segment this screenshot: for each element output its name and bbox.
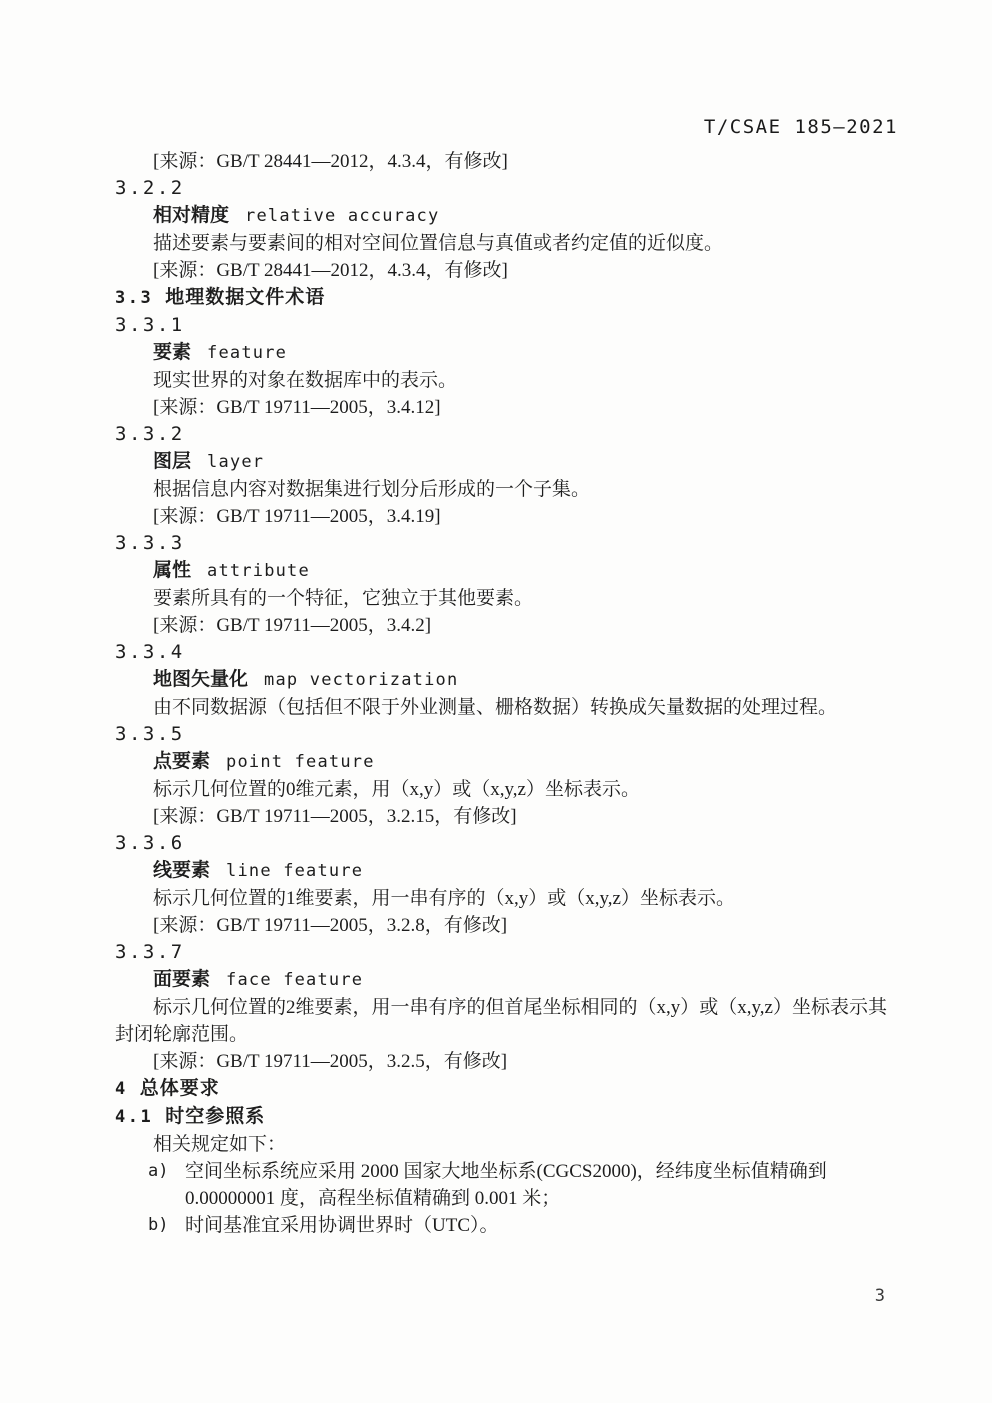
term-entry-3-3-1: 3.3.1 要素feature 现实世界的对象在数据库中的表示。 [来源：GB/… [115,312,902,421]
term-heading: 图层layer [115,448,902,476]
section-4-heading: 4总体要求 [115,1075,902,1103]
list-text: 空间坐标系统应采用 2000 国家大地坐标系(CGCS2000)，经纬度坐标值精… [185,1158,902,1212]
term-entry-3-2-2: 3.2.2 相对精度relative accuracy 描述要素与要素间的相对空… [115,175,902,284]
term-name-en: map vectorization [264,670,458,690]
term-heading: 属性attribute [115,557,902,585]
document-page: T/CSAE 185—2021 [来源：GB/T 28441—2012，4.3.… [0,0,992,1403]
term-source: [来源：GB/T 28441—2012，4.3.4，有修改] [115,257,902,284]
term-entry-3-3-7: 3.3.7 面要素face feature 标示几何位置的2维要素，用一串有序的… [115,939,902,1075]
section-number: 4.1 [115,1107,153,1127]
term-entry-3-3-6: 3.3.6 线要素line feature 标示几何位置的1维要素，用一串有序的… [115,830,902,939]
term-name-en: feature [207,343,287,363]
term-name-en: face feature [226,970,363,990]
term-name-cn: 点要素 [153,751,210,772]
list-label: a) [148,1158,185,1212]
term-definition: 根据信息内容对数据集进行划分后形成的一个子集。 [115,476,902,503]
term-entry-3-3-2: 3.3.2 图层layer 根据信息内容对数据集进行划分后形成的一个子集。 [来… [115,421,902,530]
term-name-cn: 图层 [153,451,191,472]
term-name-en: point feature [226,752,375,772]
term-name-en: layer [207,452,264,472]
term-source: [来源：GB/T 19711—2005，3.2.8，有修改] [115,912,902,939]
section-title: 总体要求 [140,1078,220,1099]
term-source: [来源：GB/T 19711—2005，3.2.5，有修改] [115,1048,902,1075]
term-definition: 标示几何位置的0维元素，用（x,y）或（x,y,z）坐标表示。 [115,776,902,803]
term-source: [来源：GB/T 19711—2005，3.4.19] [115,503,902,530]
term-heading: 面要素face feature [115,966,902,994]
term-name-cn: 要素 [153,342,191,363]
page-number: 3 [875,1286,885,1306]
term-definition: 现实世界的对象在数据库中的表示。 [115,367,902,394]
section-number: 3.3 [115,288,153,308]
term-number: 3.3.2 [115,421,902,448]
section-4-1-heading: 4.1时空参照系 [115,1103,902,1131]
leading-source-line: [来源：GB/T 28441—2012，4.3.4，有修改] [115,148,902,175]
list-label: b) [148,1212,185,1239]
term-name-en: attribute [207,561,310,581]
term-definition: 要素所具有的一个特征，它独立于其他要素。 [115,585,902,612]
term-name-cn: 属性 [153,560,191,581]
term-number: 3.3.3 [115,530,902,557]
term-definition: 标示几何位置的1维要素，用一串有序的（x,y）或（x,y,z）坐标表示。 [115,885,902,912]
term-entry-3-3-3: 3.3.3 属性attribute 要素所具有的一个特征，它独立于其他要素。 [… [115,530,902,639]
term-heading: 地图矢量化map vectorization [115,666,902,694]
term-number: 3.3.1 [115,312,902,339]
term-name-cn: 面要素 [153,969,210,990]
document-number-header: T/CSAE 185—2021 [704,116,898,138]
page-content: [来源：GB/T 28441—2012，4.3.4，有修改] 3.2.2 相对精… [115,148,902,1239]
section-title: 地理数据文件术语 [165,287,325,308]
term-number: 3.3.5 [115,721,902,748]
list-text: 时间基准宜采用协调世界时（UTC）。 [185,1212,902,1239]
term-entry-3-3-5: 3.3.5 点要素point feature 标示几何位置的0维元素，用（x,y… [115,721,902,830]
term-heading: 要素feature [115,339,902,367]
term-name-en: relative accuracy [245,206,439,226]
term-number: 3.3.4 [115,639,902,666]
term-heading: 相对精度relative accuracy [115,202,902,230]
section-title: 时空参照系 [165,1106,265,1127]
term-name-en: line feature [226,861,363,881]
section-number: 4 [115,1079,128,1099]
term-heading: 点要素point feature [115,748,902,776]
term-source: [来源：GB/T 19711—2005，3.4.2] [115,612,902,639]
term-source: [来源：GB/T 19711—2005，3.2.15，有修改] [115,803,902,830]
term-entry-3-3-4: 3.3.4 地图矢量化map vectorization 由不同数据源（包括但不… [115,639,902,721]
requirement-item-b: b) 时间基准宜采用协调世界时（UTC）。 [115,1212,902,1239]
term-name-cn: 相对精度 [153,205,229,226]
term-number: 3.3.7 [115,939,902,966]
term-definition: 由不同数据源（包括但不限于外业测量、栅格数据）转换成矢量数据的处理过程。 [115,694,902,721]
section-3-3-heading: 3.3地理数据文件术语 [115,284,902,312]
term-name-cn: 地图矢量化 [153,669,248,690]
term-number: 3.3.6 [115,830,902,857]
term-name-cn: 线要素 [153,860,210,881]
term-heading: 线要素line feature [115,857,902,885]
term-definition: 描述要素与要素间的相对空间位置信息与真值或者约定值的近似度。 [115,230,902,257]
term-source: [来源：GB/T 19711—2005，3.4.12] [115,394,902,421]
requirements-lead: 相关规定如下： [115,1131,902,1158]
term-definition: 标示几何位置的2维要素，用一串有序的但首尾坐标相同的（x,y）或（x,y,z）坐… [115,994,902,1048]
requirement-item-a: a) 空间坐标系统应采用 2000 国家大地坐标系(CGCS2000)，经纬度坐… [115,1158,902,1212]
term-number: 3.2.2 [115,175,902,202]
